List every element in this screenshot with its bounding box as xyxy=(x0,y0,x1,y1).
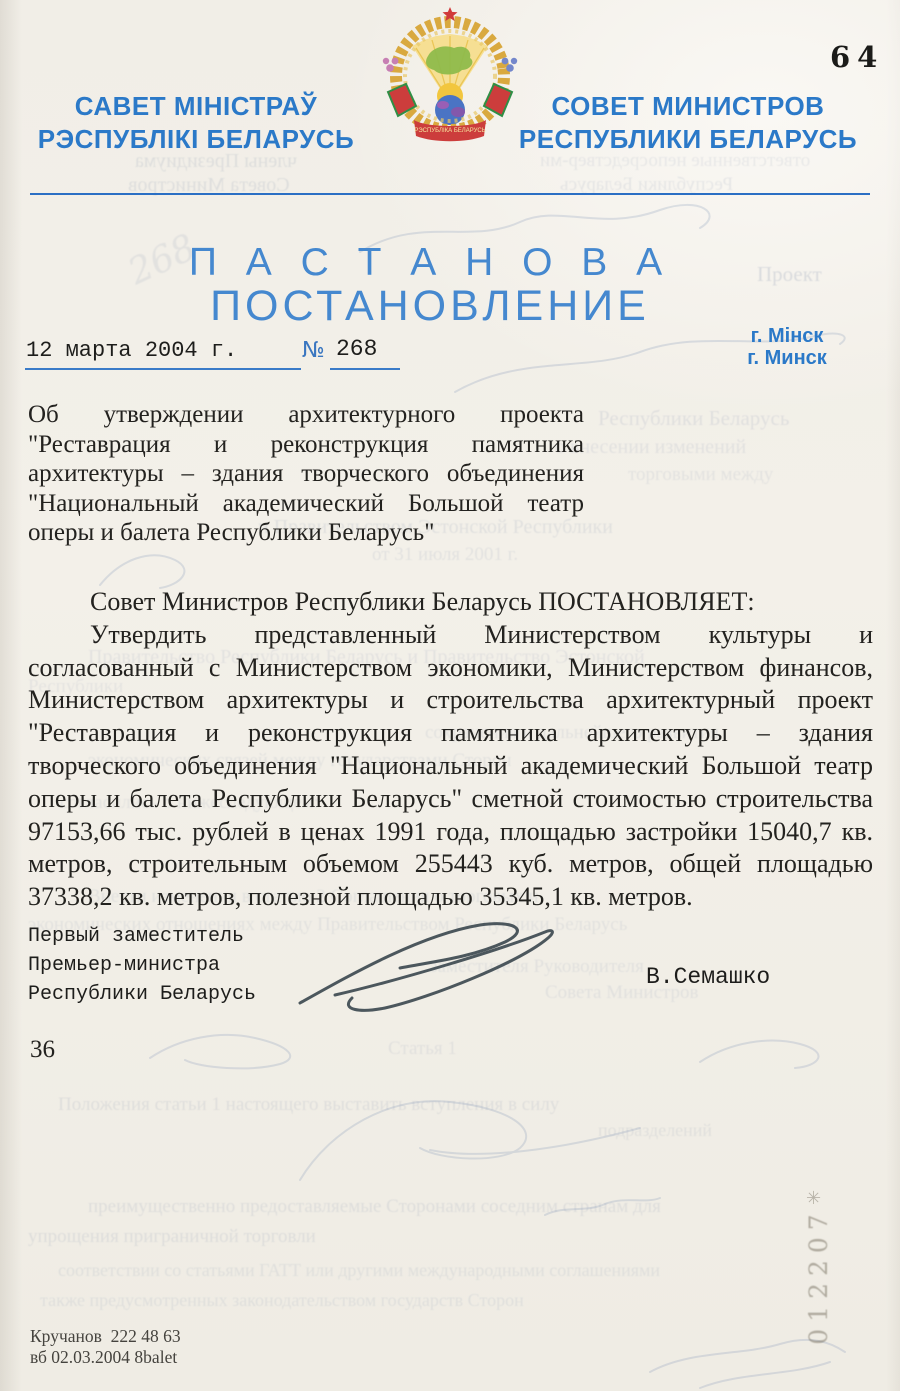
city-belarusian: г. Мінск xyxy=(700,325,874,347)
city-russian: г. Минск xyxy=(700,347,874,369)
executor-line: Кручанов 222 48 63 xyxy=(30,1326,181,1347)
title-belarusian: П А С Т А Н О В А xyxy=(150,242,710,284)
signer-post: Первый заместитель Премьер-министра Респ… xyxy=(28,922,256,1009)
signer-name: В.Семашко xyxy=(646,964,770,990)
subject-paragraph: Об утверждении архитектурного проекта "Р… xyxy=(28,400,584,548)
bleedthrough-text: Проект xyxy=(757,262,822,287)
bleedthrough-text: соответствии со статьями ГАТТ или другим… xyxy=(58,1260,660,1281)
resolution-line: Совет Министров Республики Беларусь ПОСТ… xyxy=(28,586,873,619)
document-date: 12 марта 2004 г. xyxy=(26,338,237,363)
signer-post-line2: Премьер-министра xyxy=(28,951,256,980)
bleedthrough-text: Статья 1 xyxy=(388,1038,457,1060)
letterhead-by-line2: РЭСПУБЛІКІ БЕЛАРУСЬ xyxy=(26,123,366,156)
document-number: 268 xyxy=(336,336,377,362)
bleedthrough-text: Республики Беларусь xyxy=(598,406,789,431)
letterhead-belarusian: САВЕТ МІНІСТРАЎ РЭСПУБЛІКІ БЕЛАРУСЬ xyxy=(26,90,366,156)
bleedthrough-text: также предусмотренных законодательством … xyxy=(40,1290,524,1311)
number-sign: № xyxy=(302,338,325,363)
registration-line: вб 02.03.2004 8balet xyxy=(30,1347,181,1368)
letterhead-divider xyxy=(30,193,870,195)
body-paragraph: Утвердить представленный Министерством к… xyxy=(28,619,873,914)
bleedthrough-text: торговыми между xyxy=(628,464,773,486)
executor-footer: Кручанов 222 48 63 вб 02.03.2004 8balet xyxy=(30,1326,181,1368)
page-number: 64 xyxy=(830,40,884,74)
letterhead-by-line1: САВЕТ МІНІСТРАЎ xyxy=(26,90,366,123)
letterhead-ru-line1: СОВЕТ МИНИСТРОВ xyxy=(502,90,874,123)
title-russian: ПОСТАНОВЛЕНИЕ xyxy=(150,284,710,328)
letterhead-ru-line2: РЕСПУБЛИКИ БЕЛАРУСЬ xyxy=(502,123,874,156)
signer-post-line1: Первый заместитель xyxy=(28,922,256,951)
bleedthrough-text: подразделений xyxy=(598,1120,712,1141)
date-underline xyxy=(25,368,301,370)
bleedthrough-text: упрощения приграничной торговли xyxy=(28,1226,316,1248)
bleedthrough-text: преимущественно предоставляемые Сторонам… xyxy=(88,1196,661,1218)
body-text: Совет Министров Республики Беларусь ПОСТ… xyxy=(28,586,873,914)
signature-ink xyxy=(260,900,580,1025)
document-title: П А С Т А Н О В А ПОСТАНОВЛЕНИЕ xyxy=(150,242,710,328)
bleedthrough-text: Положения статьи 1 настоящего выставить … xyxy=(58,1094,559,1116)
emblem-ribbon-text: РЭСПУБЛІКА БЕЛАРУСЬ xyxy=(414,128,485,134)
archival-stamp-number: 012207 xyxy=(804,1201,832,1351)
signer-post-line3: Республики Беларусь xyxy=(28,980,256,1009)
document-page: члены ПрезидиумаСовета Министровответств… xyxy=(0,0,900,1391)
letterhead-russian: СОВЕТ МИНИСТРОВ РЕСПУБЛИКИ БЕЛАРУСЬ xyxy=(502,90,874,156)
number-underline xyxy=(330,368,400,370)
sheet-number: 36 xyxy=(30,1036,55,1064)
issue-city: г. Мінск г. Минск xyxy=(700,325,874,369)
